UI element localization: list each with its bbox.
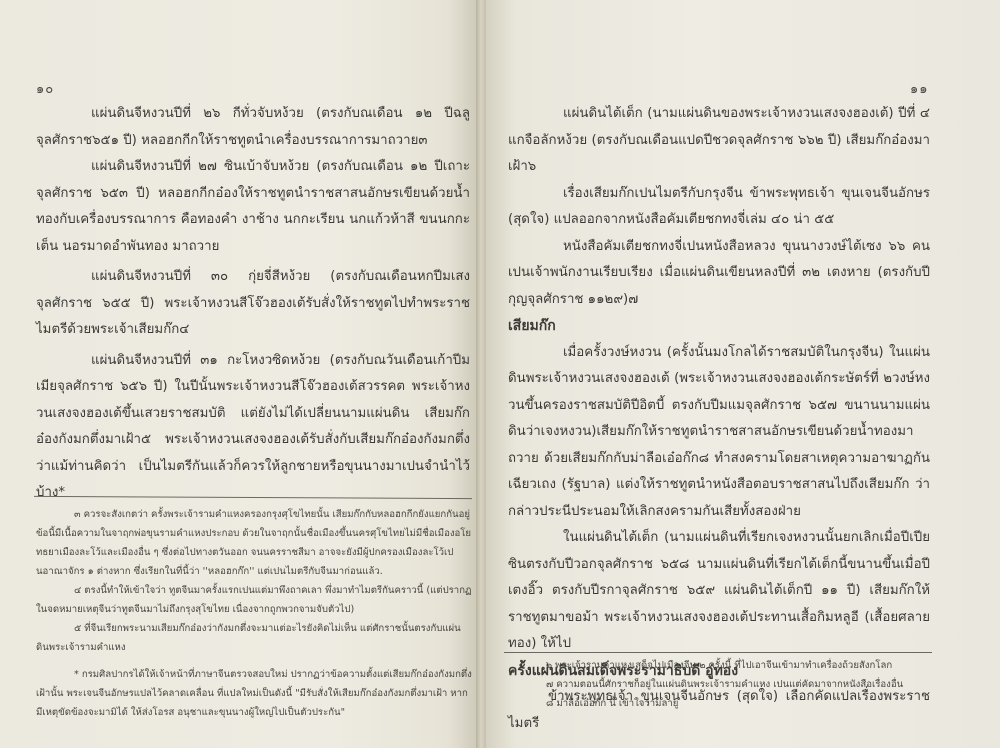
footnote: ๘ ม่าลือเอ๋อก๊ก นี้ เข้าใจว่ามลายู	[546, 694, 928, 713]
paragraph: แผ่นดินจีหงวนปีที่ ๓๑ กะโหงวซิดหง้วย (ตร…	[36, 348, 470, 507]
footnote: ๕ ที่จีนเรียกพระนามเสียมก๊กอ๋องว่ากังมกต…	[36, 619, 472, 657]
left-footnotes: ๓ ควรจะสังเกตว่า ครั้งพระเจ้ารามคำแหงครอ…	[36, 505, 472, 722]
open-book-spread: ๑๐ แผ่นดินจีหงวนปีที่ ๒๖ กีทั่วจับหง้วย …	[0, 0, 1000, 748]
page-number: ๑๑	[910, 78, 929, 99]
page-number: ๑๐	[36, 78, 54, 99]
right-page: ๑๑ แผ่นดินไต้เต็ก (นามแผ่นดินของพระเจ้าห…	[486, 0, 1000, 748]
paragraph: เรื่องเสียมก๊กเปนไมตรีกับกรุงจีน ข้าพระพ…	[508, 181, 930, 234]
paragraph: แผ่นดินจีหงวนปีที่ ๒๗ ซินเบ้าจับหง้วย (ต…	[36, 154, 470, 260]
footnote: ๗ ความตอนนี้ศักราชก็อยู่ในแผ่นดินพระเจ้า…	[546, 675, 928, 694]
footnote: ๖ พระเจ้ารามคำแหงเสด็จไปเมืองจีน ๒ ครั้ง…	[546, 656, 928, 675]
footnote-divider	[504, 652, 932, 653]
left-page: ๑๐ แผ่นดินจีหงวนปีที่ ๒๖ กีทั่วจับหง้วย …	[0, 0, 476, 748]
book-gutter	[476, 0, 486, 748]
right-page-body: แผ่นดินไต้เต็ก (นามแผ่นดินของพระเจ้าหงวน…	[508, 101, 930, 737]
paragraph: เมื่อครั้งวงษ์หงวน (ครั้งนั้นมงโกลได้ราช…	[508, 340, 930, 526]
footnote: * กรมศิลปากรได้ให้เจ้าหน้าที่ภาษาจีนตรวจ…	[36, 665, 472, 722]
right-footnotes: ๖ พระเจ้ารามคำแหงเสด็จไปเมืองจีน ๒ ครั้ง…	[508, 656, 928, 713]
section-heading: เสียมก๊ก	[508, 313, 930, 340]
paragraph: ในแผ่นดินไต้เต็ก (นามแผ่นดินที่เรียกเจงห…	[508, 525, 930, 658]
paragraph: หนังสือคัมเตียชกทงจี่เปนหนังสือหลวง ขุนน…	[508, 234, 930, 314]
paragraph: แผ่นดินไต้เต็ก (นามแผ่นดินของพระเจ้าหงวน…	[508, 101, 930, 181]
paragraph: แผ่นดินจีหงวนปีที่ ๓๐ กุ่ยจี่สีหง้วย (ตร…	[36, 264, 470, 344]
footnote: ๓ ควรจะสังเกตว่า ครั้งพระเจ้ารามคำแหงครอ…	[36, 505, 472, 581]
footnote: ๔ ตรงนี้ทำให้เข้าใจว่า ทูตจีนมาครั้งแรกเ…	[36, 581, 472, 619]
paragraph: แผ่นดินจีหงวนปีที่ ๒๖ กีทั่วจับหง้วย (ตร…	[36, 101, 470, 154]
left-page-body: แผ่นดินจีหงวนปีที่ ๒๖ กีทั่วจับหง้วย (ตร…	[36, 101, 470, 507]
